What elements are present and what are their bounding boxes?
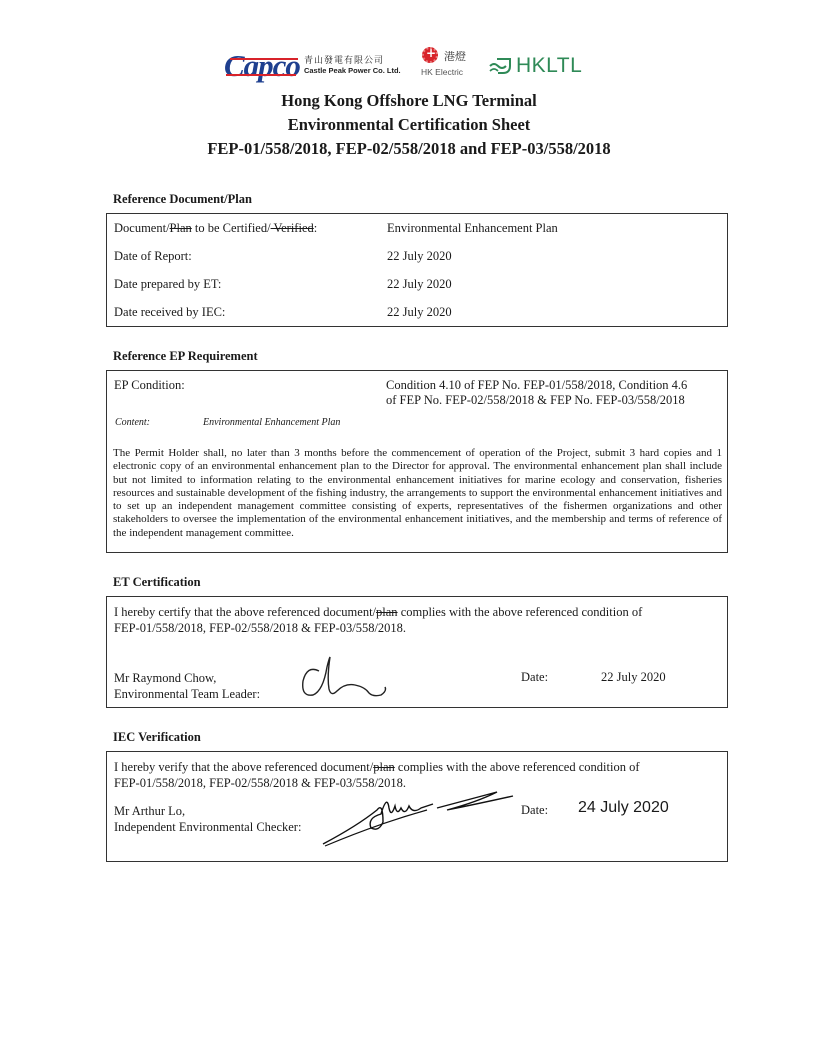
capco-english-name: Castle Peak Power Co. Ltd.: [304, 66, 401, 76]
label-part: :: [314, 221, 317, 235]
ep-requirement-box: EP Condition: Condition 4.10 of FEP No. …: [106, 370, 728, 553]
et-signature-icon: [297, 653, 397, 705]
statement-struck: plan: [373, 760, 395, 774]
ep-condition-label: EP Condition:: [114, 378, 185, 393]
signatory-name: Mr Raymond Chow,: [114, 670, 260, 686]
capco-logo: Capco 青山發電有限公司 Castle Peak Power Co. Ltd…: [224, 50, 401, 82]
content-value: Environmental Enhancement Plan: [203, 417, 340, 428]
date-of-report-label: Date of Report:: [114, 249, 192, 264]
hk-electric-chinese-name: 港燈: [444, 48, 466, 64]
date-received-label: Date received by IEC:: [114, 305, 225, 320]
title-line-2: Environmental Certification Sheet: [0, 113, 818, 137]
et-certification-heading: ET Certification: [113, 575, 201, 590]
content-label: Content:: [115, 417, 150, 428]
et-date-value: 22 July 2020: [601, 670, 666, 685]
date-received-value: 22 July 2020: [387, 305, 452, 320]
signatory-title: Independent Environmental Checker:: [114, 819, 301, 835]
signatory-name: Mr Arthur Lo,: [114, 803, 301, 819]
ep-condition-line: of FEP No. FEP-02/558/2018 & FEP No. FEP…: [386, 393, 687, 408]
hk-electric-logo: 港燈 HK Electric: [418, 47, 472, 81]
statement-text: I hereby certify that the above referenc…: [114, 605, 376, 619]
label-part: to be Certified/: [192, 221, 271, 235]
page-title: Hong Kong Offshore LNG Terminal Environm…: [0, 89, 818, 161]
et-statement: I hereby certify that the above referenc…: [114, 604, 724, 636]
iec-signatory: Mr Arthur Lo, Independent Environmental …: [114, 803, 301, 835]
label-part: Document/: [114, 221, 170, 235]
title-line-1: Hong Kong Offshore LNG Terminal: [0, 89, 818, 113]
statement-struck: plan: [376, 605, 398, 619]
reference-document-box: Document/Plan to be Certified/ Verified:…: [106, 213, 728, 327]
iec-date-label: Date:: [521, 803, 548, 818]
ep-condition-line: Condition 4.10 of FEP No. FEP-01/558/201…: [386, 378, 687, 393]
capco-wordmark: Capco: [224, 52, 300, 80]
iec-verification-box: I hereby verify that the above reference…: [106, 751, 728, 862]
hk-electric-english-name: HK Electric: [421, 67, 463, 77]
date-prepared-value: 22 July 2020: [387, 277, 452, 292]
ep-requirement-paragraph: The Permit Holder shall, no later than 3…: [113, 447, 722, 540]
date-prepared-label: Date prepared by ET:: [114, 277, 221, 292]
label-part-struck: Plan: [170, 221, 192, 235]
hkltl-wave-icon: [488, 56, 514, 76]
et-date-label: Date:: [521, 670, 548, 685]
et-signatory: Mr Raymond Chow, Environmental Team Lead…: [114, 670, 260, 702]
statement-text: I hereby verify that the above reference…: [114, 760, 373, 774]
hk-electric-emblem-icon: [422, 47, 438, 63]
capco-chinese-name: 青山發電有限公司: [304, 56, 401, 66]
ep-condition-value: Condition 4.10 of FEP No. FEP-01/558/201…: [386, 378, 687, 408]
statement-text: FEP-01/558/2018, FEP-02/558/2018 & FEP-0…: [114, 621, 406, 635]
date-of-report-value: 22 July 2020: [387, 249, 452, 264]
label-part-struck: Verified: [271, 221, 314, 235]
doc-to-certify-label: Document/Plan to be Certified/ Verified:: [114, 221, 317, 236]
signatory-title: Environmental Team Leader:: [114, 686, 260, 702]
iec-signature-icon: [317, 788, 517, 852]
statement-text: complies with the above referenced condi…: [398, 605, 643, 619]
iec-statement: I hereby verify that the above reference…: [114, 759, 724, 791]
hkltl-wordmark: HKLTL: [516, 54, 582, 78]
et-certification-box: I hereby certify that the above referenc…: [106, 596, 728, 708]
title-line-3: FEP-01/558/2018, FEP-02/558/2018 and FEP…: [0, 137, 818, 161]
hkltl-logo: HKLTL: [488, 54, 582, 78]
doc-to-certify-value: Environmental Enhancement Plan: [387, 221, 558, 236]
iec-verification-heading: IEC Verification: [113, 730, 201, 745]
reference-document-heading: Reference Document/Plan: [113, 192, 252, 207]
iec-date-value: 24 July 2020: [578, 799, 669, 817]
statement-text: complies with the above referenced condi…: [395, 760, 640, 774]
ep-requirement-heading: Reference EP Requirement: [113, 349, 258, 364]
